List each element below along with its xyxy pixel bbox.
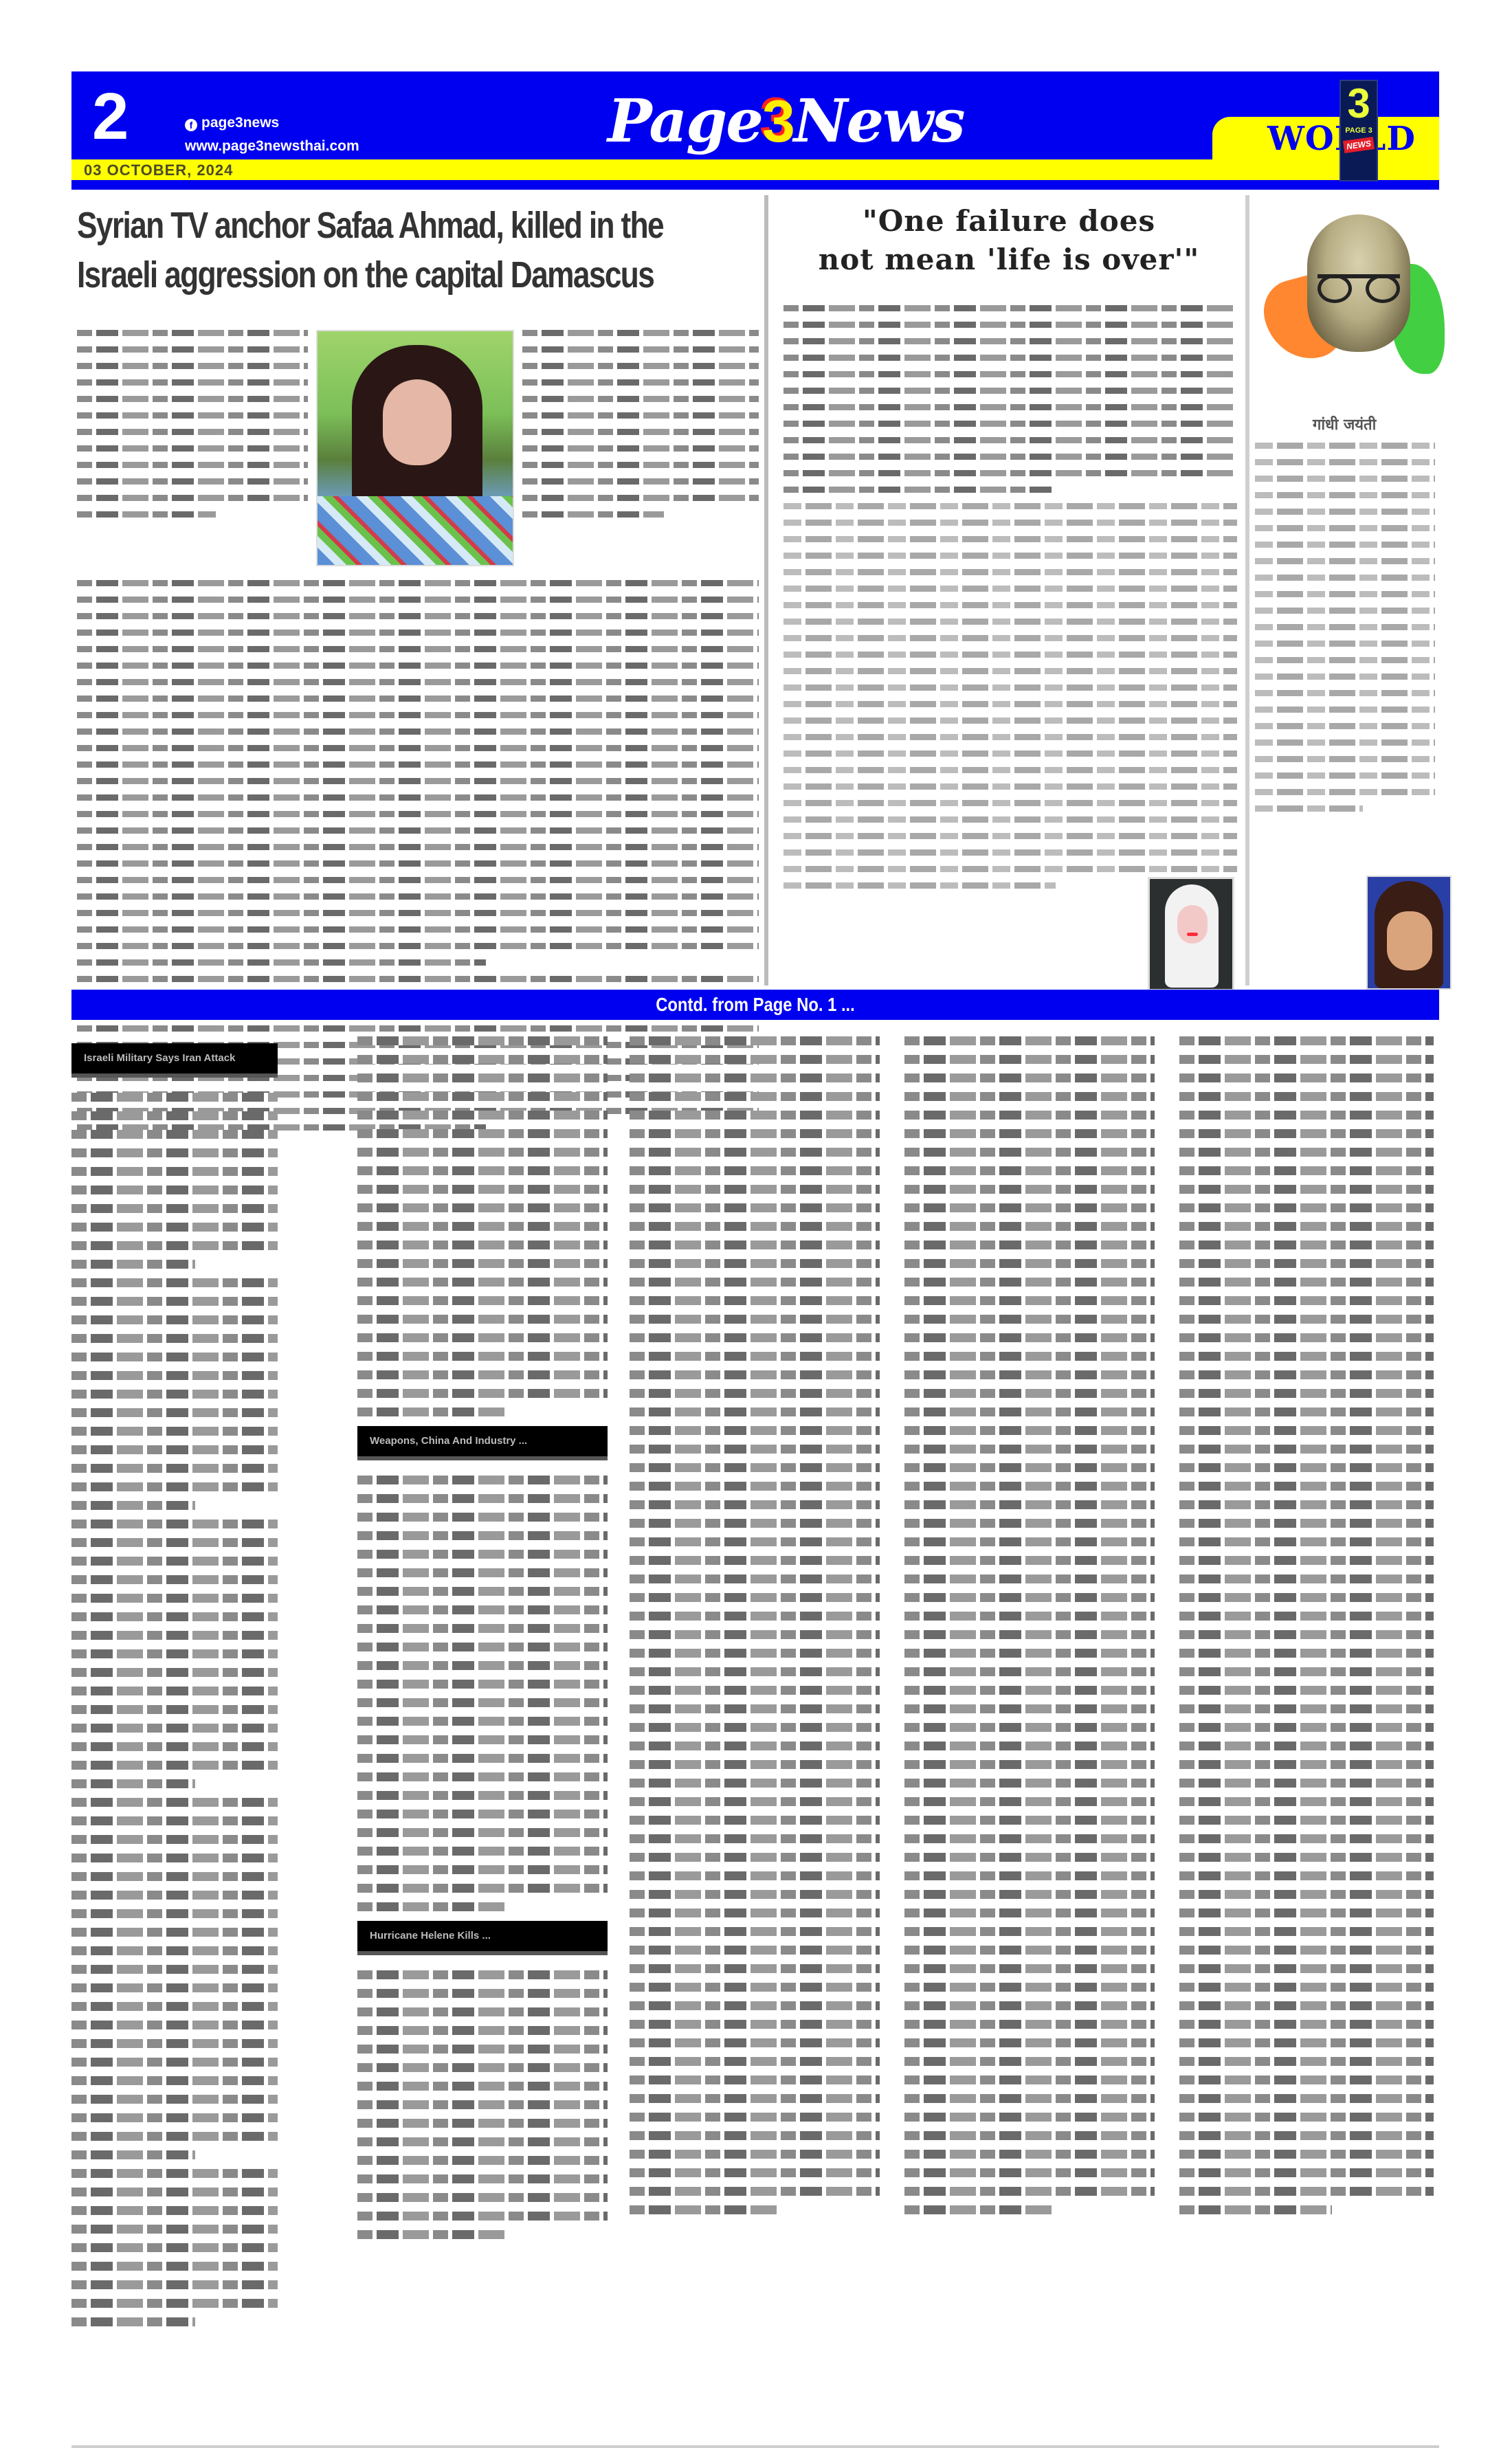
lead-headline: Syrian TV anchor Safaa Ahmad, killed in … xyxy=(77,201,753,300)
columnist-photo-hijab xyxy=(1148,877,1234,991)
gandhi-illustration xyxy=(1266,202,1438,401)
lower-column-2: Weapons, China And Industry ... Hurrican… xyxy=(357,1036,608,2249)
logo-word-news: News xyxy=(794,87,964,156)
masthead: 2 fpage3news www.page3newsthai.com Page3… xyxy=(71,71,1439,190)
badge-line2: NEWS xyxy=(1343,137,1375,153)
facebook-link[interactable]: fpage3news xyxy=(185,111,359,135)
newspaper-logo: Page3News xyxy=(608,84,964,159)
lead-body-right xyxy=(522,330,759,528)
opinion-body xyxy=(783,305,1237,899)
opinion-headline: "One failure does not mean 'life is over… xyxy=(782,202,1236,279)
page-bottom-rule xyxy=(71,2445,1439,2448)
facebook-handle: page3news xyxy=(201,115,279,131)
lead-body-left xyxy=(77,330,308,528)
masthead-rule xyxy=(71,181,1439,190)
continued-banner: Contd. from Page No. 1 ... xyxy=(71,990,1439,1020)
opinion-headline-line2: not mean 'life is over'" xyxy=(819,243,1200,276)
facebook-icon: f xyxy=(185,119,197,131)
issue-date: 03 OCTOBER, 2024 xyxy=(84,162,233,179)
columnist-photo-dark-hair xyxy=(1366,876,1452,990)
lower-column-1: Israeli Military Says Iran Attack xyxy=(71,1036,278,2336)
lead-headline-line2: Israeli aggression on the capital Damasc… xyxy=(77,254,654,296)
social-links: fpage3news www.page3newsthai.com xyxy=(185,111,359,158)
page-number: 2 xyxy=(92,76,129,158)
lead-story: Syrian TV anchor Safaa Ahmad, killed in … xyxy=(71,195,764,986)
opinion-headline-line1: "One failure does xyxy=(863,204,1155,238)
lower-column-5 xyxy=(1179,1036,1434,2224)
badge-line1: PAGE 3 xyxy=(1341,126,1377,135)
lower-column-3 xyxy=(630,1036,880,2224)
website-link[interactable]: www.page3newsthai.com xyxy=(185,135,359,158)
column-subhead: Hurricane Helene Kills ... xyxy=(357,1921,608,1955)
badge-number: 3 xyxy=(1341,81,1377,126)
logo-word-page: Page xyxy=(608,87,762,156)
logo-three: 3 xyxy=(762,89,794,155)
anchor-photo xyxy=(316,330,514,566)
lead-headline-line1: Syrian TV anchor Safaa Ahmad, killed in … xyxy=(77,205,663,246)
continued-banner-text: Contd. from Page No. 1 ... xyxy=(174,994,1337,1016)
page3-badge-logo: 3 PAGE 3 NEWS xyxy=(1339,80,1378,181)
column-subhead: Israeli Military Says Iran Attack xyxy=(71,1043,278,1078)
opinion-story: "One failure does not mean 'life is over… xyxy=(764,195,1249,986)
lower-column-4 xyxy=(904,1036,1155,2224)
gandhi-column-body xyxy=(1255,443,1435,822)
gandhi-column-title: गांधी जयंती xyxy=(1313,414,1376,434)
column-subhead: Weapons, China And Industry ... xyxy=(357,1426,608,1460)
gandhi-jayanti-column: गांधी जयंती xyxy=(1245,195,1439,986)
